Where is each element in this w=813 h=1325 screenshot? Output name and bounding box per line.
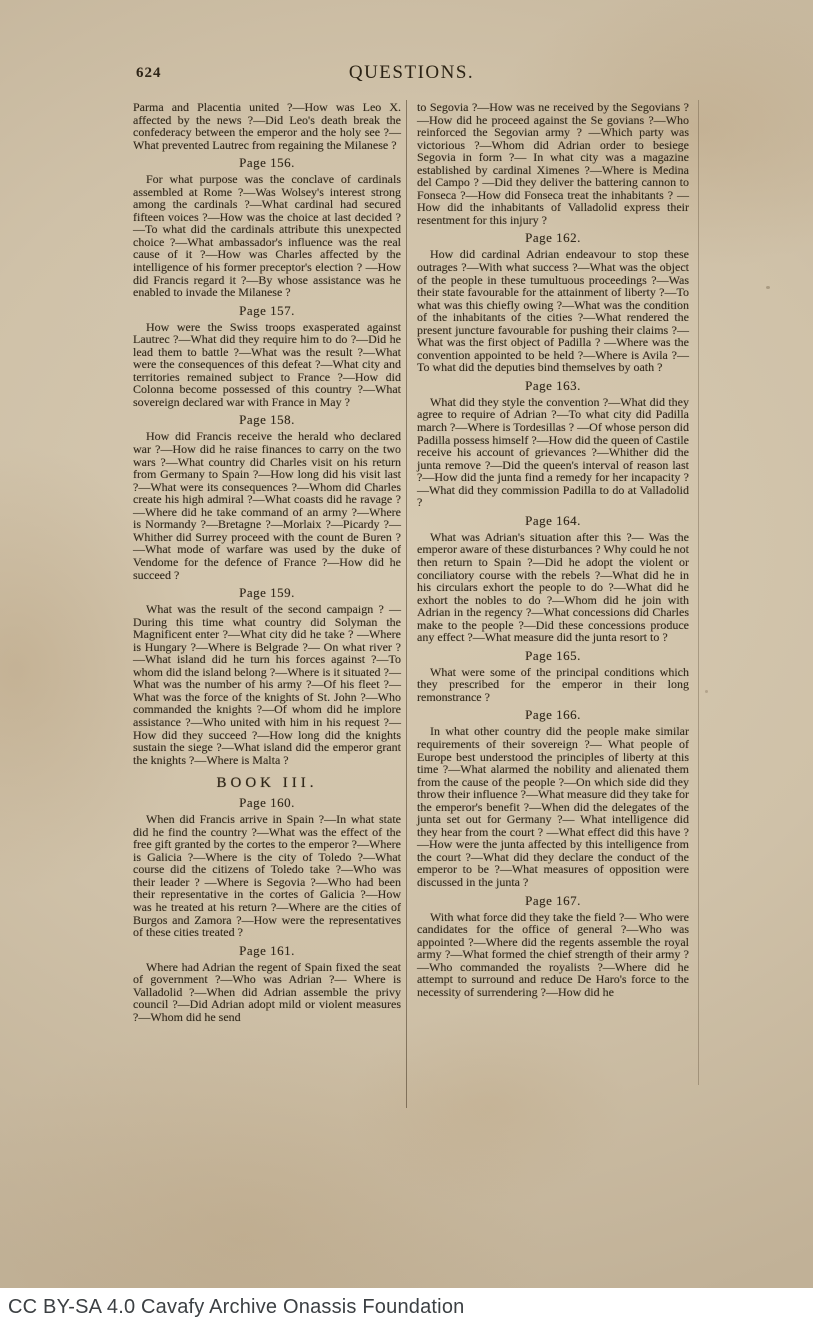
paper-speck xyxy=(766,286,770,289)
question-paragraph: Where had Adrian the regent of Spain fix… xyxy=(133,961,401,1024)
question-paragraph: For what purpose was the conclave of car… xyxy=(133,173,401,298)
license-caption-bar: CC BY-SA 4.0 Cavafy Archive Onassis Foun… xyxy=(0,1288,813,1325)
question-paragraph: How did cardinal Adrian endeavour to sto… xyxy=(417,248,689,373)
paper-speck xyxy=(705,690,708,693)
question-paragraph: In what other country did the people mak… xyxy=(417,725,689,888)
book-page-scan: 624 QUESTIONS. Parma and Placentia unite… xyxy=(0,0,813,1288)
page-heading: Page 165. xyxy=(417,649,689,663)
page-heading: Page 161. xyxy=(133,944,401,958)
page-heading: Page 159. xyxy=(133,586,401,600)
page-heading: Page 158. xyxy=(133,413,401,427)
page-heading: Page 162. xyxy=(417,231,689,245)
column-divider-rule xyxy=(406,100,407,1108)
running-title: QUESTIONS. xyxy=(133,62,690,84)
page-heading: Page 156. xyxy=(133,156,401,170)
right-column: to Segovia ?—How was ne received by the … xyxy=(417,101,689,998)
question-paragraph: What did they style the convention ?—Wha… xyxy=(417,396,689,509)
question-paragraph: to Segovia ?—How was ne received by the … xyxy=(417,101,689,226)
book-heading: BOOK III. xyxy=(133,775,401,791)
question-paragraph: How did Francis receive the herald who d… xyxy=(133,430,401,581)
question-paragraph: What was Adrian's situation after this ?… xyxy=(417,531,689,644)
question-paragraph: With what force did they take the field … xyxy=(417,911,689,999)
page-heading: Page 163. xyxy=(417,379,689,393)
question-paragraph: What was the result of the second campai… xyxy=(133,603,401,766)
screenshot-canvas: 624 QUESTIONS. Parma and Placentia unite… xyxy=(0,0,813,1325)
right-edge-rule xyxy=(698,100,699,1085)
page-heading: Page 157. xyxy=(133,304,401,318)
question-paragraph: When did Francis arrive in Spain ?—In wh… xyxy=(133,813,401,938)
page-heading: Page 167. xyxy=(417,894,689,908)
question-paragraph: Parma and Placentia united ?—How was Leo… xyxy=(133,101,401,151)
question-paragraph: What were some of the principal conditio… xyxy=(417,666,689,704)
left-column: Parma and Placentia united ?—How was Leo… xyxy=(133,101,401,1023)
page-heading: Page 164. xyxy=(417,514,689,528)
question-paragraph: How were the Swiss troops exasperated ag… xyxy=(133,321,401,409)
page-heading: Page 160. xyxy=(133,796,401,810)
page-heading: Page 166. xyxy=(417,708,689,722)
license-text: CC BY-SA 4.0 Cavafy Archive Onassis Foun… xyxy=(8,1295,464,1319)
